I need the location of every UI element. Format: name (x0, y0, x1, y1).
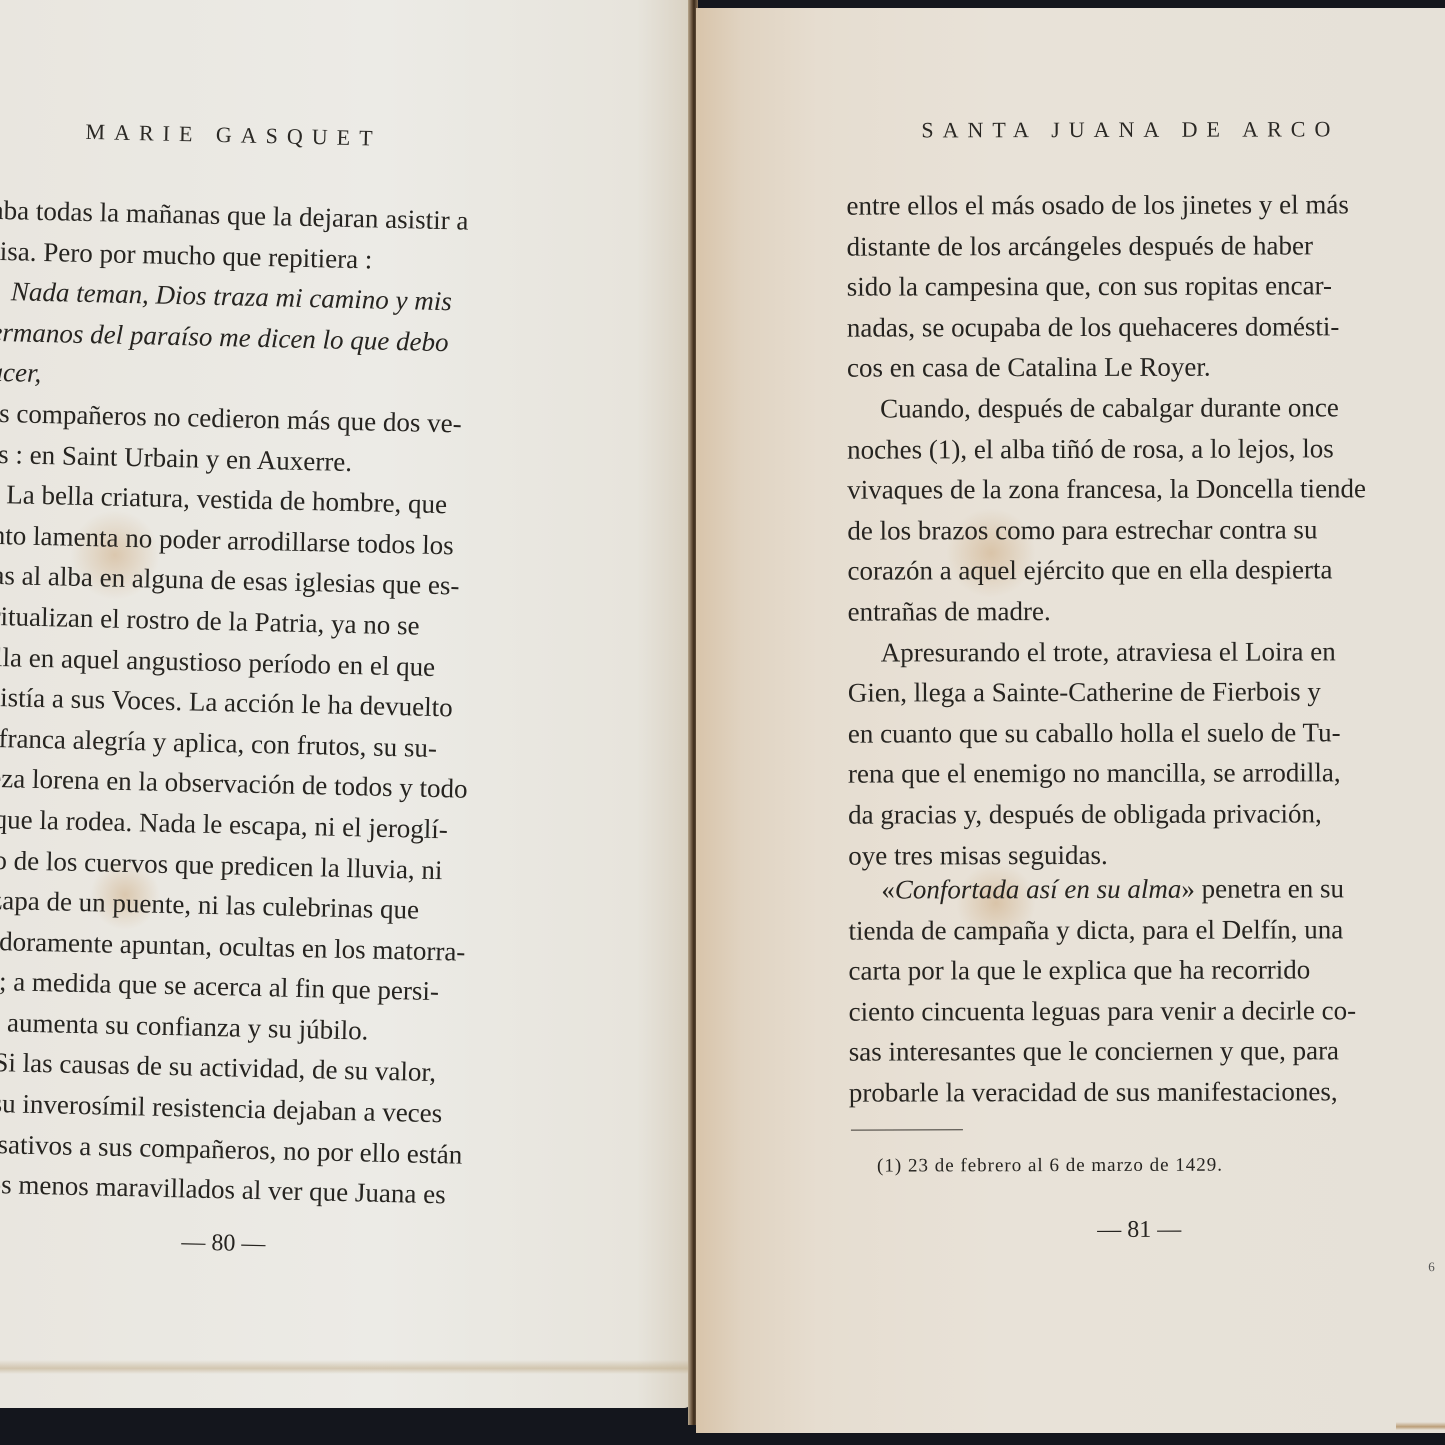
page-edge (0, 1360, 692, 1374)
text-line: tienda de campaña y dicta, para el Delfí… (848, 909, 1356, 951)
text-line: «Confortada así en su alma» penetra en s… (848, 868, 1356, 910)
page-edge (1396, 1422, 1445, 1430)
text-line: ciento cincuenta leguas para venir a dec… (849, 990, 1357, 1032)
open-book-photo: MARIE GASQUET caba todas la mañanas que … (0, 0, 1445, 1445)
printer-signature-mark: 6 (1428, 1259, 1435, 1275)
left-page: MARIE GASQUET caba todas la mañanas que … (0, 0, 692, 1408)
text-line: Apresurando el trote, atraviesa el Loira… (848, 631, 1367, 673)
right-page: SANTA JUANA DE ARCO entre ellos el más o… (696, 8, 1445, 1433)
text-line: Gien, llega a Sainte-Catherine de Fierbo… (848, 671, 1367, 713)
text-line: vivaques de la zona francesa, la Doncell… (847, 468, 1366, 510)
right-page-body-text-continued: «Confortada así en su alma» penetra en s… (848, 868, 1356, 1113)
text-line: distante de los arcángeles después de ha… (847, 225, 1366, 267)
running-head-author: MARIE GASQUET (85, 119, 382, 152)
text-line: de los brazos como para estrechar contra… (847, 509, 1366, 551)
text-line: probarle la veracidad de sus manifestaci… (849, 1071, 1357, 1113)
text-line: da gracias y, después de obligada privac… (848, 793, 1367, 835)
page-number-81: — 81 — (1097, 1217, 1181, 1244)
text-line: sas interesantes que le conciernen y que… (849, 1031, 1357, 1073)
text-line: Cuando, después de cabalgar durante once (847, 387, 1366, 429)
text-line: sido la campesina que, con sus ropitas e… (847, 265, 1366, 307)
italic-quote: Confortada así en su alma (895, 874, 1182, 905)
text-line: noches (1), el alba tiñó de rosa, a lo l… (847, 428, 1366, 470)
page-number-80: — 80 — (181, 1229, 266, 1258)
left-page-body-text: caba todas la mañanas que la dejaran asi… (0, 190, 484, 1216)
text-line: en cuanto que su caballo holla el suelo … (848, 712, 1367, 754)
text-line: rena que el enemigo no mancilla, se arro… (848, 753, 1367, 795)
running-head-title: SANTA JUANA DE ARCO (921, 116, 1339, 143)
text-line: carta por la que le explica que ha recor… (848, 949, 1356, 991)
text-line: cos en casa de Catalina Le Royer. (847, 347, 1366, 389)
footnote-rule (851, 1129, 963, 1130)
right-page-body-text: entre ellos el más osado de los jinetes … (846, 184, 1367, 875)
text-line: entre ellos el más osado de los jinetes … (846, 184, 1365, 226)
footnote: (1) 23 de febrero al 6 de marzo de 1429. (877, 1155, 1223, 1178)
text-line: corazón a aquel ejército que en ella des… (847, 550, 1366, 592)
text-line: entrañas de madre. (848, 590, 1367, 632)
text-line: nadas, se ocupaba de los quehaceres domé… (847, 306, 1366, 348)
